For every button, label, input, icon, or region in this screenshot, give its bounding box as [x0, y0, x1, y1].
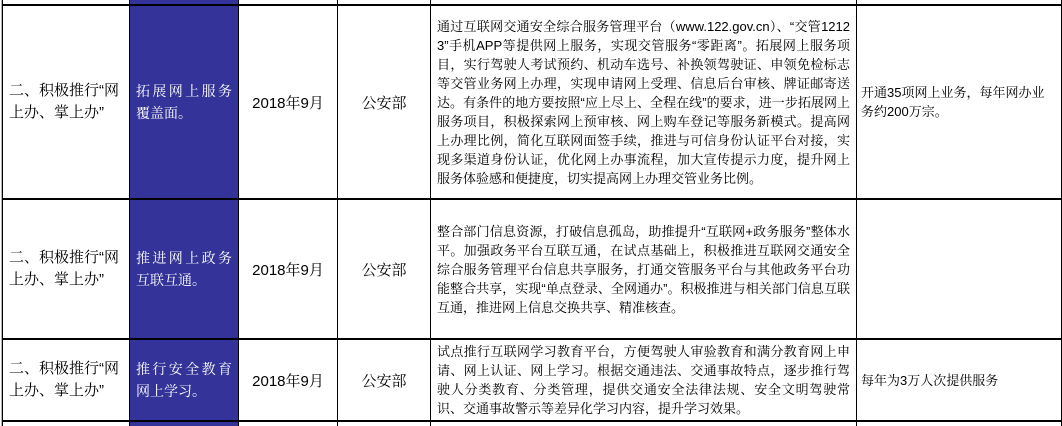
description-cell: 整合部门信息资源，打破信息孤岛，助推提升“互联网+政务服务”整体水平。加强政务平…	[431, 199, 857, 339]
agency-cell: 公安部	[338, 339, 431, 421]
description-cell: 通过互联网交通安全综合服务管理平台（www.122.gov.cn）、“交管121…	[431, 5, 857, 199]
category-cell: 二、积极推行“网上办、掌上办”	[3, 5, 130, 199]
table-row: 二、积极推行“网上办、掌上办” 拓展网上服务覆盖面。 2018年9月 公安部 通…	[3, 5, 1062, 199]
document-page: 二、积极推行“网上办、掌上办” 拓展网上服务覆盖面。 2018年9月 公安部 通…	[0, 0, 1062, 426]
task-cell	[130, 421, 239, 426]
category-cell: 二、积极推行“网上办、掌上办”	[3, 339, 130, 421]
agency-cell: 公安部	[338, 5, 431, 199]
table-row: 二、积极推行“网上办、掌上办” 推行安全教育网上学习。 2018年9月 公安部 …	[3, 339, 1062, 421]
agency-cell: 公安部	[338, 199, 431, 339]
date-cell: 2018年9月	[239, 199, 338, 339]
notes-cell	[857, 199, 1062, 339]
notes-cell	[857, 421, 1062, 426]
date-cell: 2018年9月	[239, 339, 338, 421]
task-cell: 推进网上政务互联互通。	[130, 199, 239, 339]
description-cell	[431, 421, 857, 426]
date-cell: 2018年9月	[239, 5, 338, 199]
task-cell: 拓展网上服务覆盖面。	[130, 5, 239, 199]
table-row-partial-bottom	[3, 421, 1062, 426]
description-cell: 试点推行互联网学习教育平台，方便驾驶人审验教育和满分教育网上申请、网上认证、网上…	[431, 339, 857, 421]
agency-cell	[338, 421, 431, 426]
category-cell	[3, 421, 130, 426]
notes-cell: 开通35项网上业务，每年网办业务约200万宗。	[857, 5, 1062, 199]
category-cell: 二、积极推行“网上办、掌上办”	[3, 199, 130, 339]
notes-cell: 每年为3万人次提供服务	[857, 339, 1062, 421]
task-cell: 推行安全教育网上学习。	[130, 339, 239, 421]
date-cell	[239, 421, 338, 426]
task-table: 二、积极推行“网上办、掌上办” 拓展网上服务覆盖面。 2018年9月 公安部 通…	[2, 0, 1062, 426]
table-row: 二、积极推行“网上办、掌上办” 推进网上政务互联互通。 2018年9月 公安部 …	[3, 199, 1062, 339]
